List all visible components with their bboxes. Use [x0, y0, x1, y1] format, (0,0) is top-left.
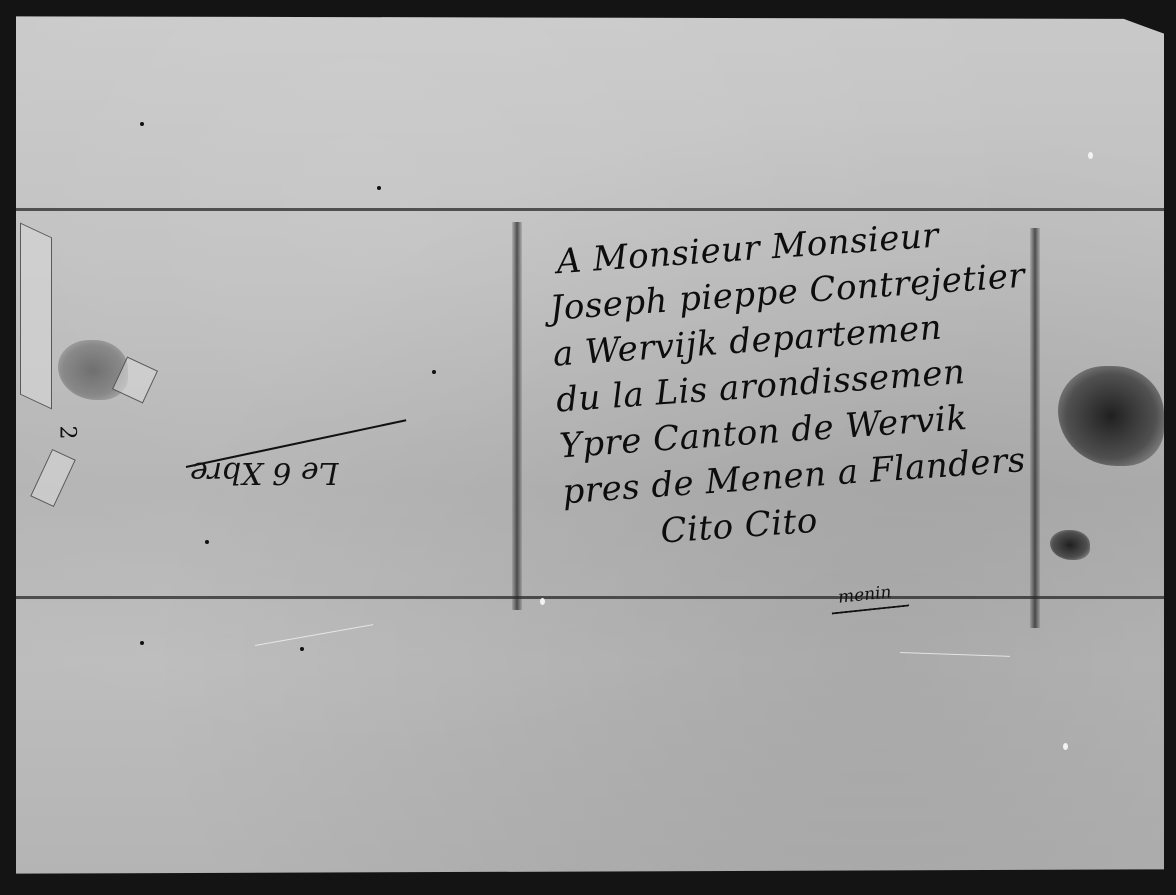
ink-speck [140, 641, 144, 645]
ink-speck [140, 122, 144, 126]
paper-hole [540, 598, 545, 605]
edge-mark: 2 [55, 426, 80, 440]
horizontal-fold-bottom [16, 596, 1164, 599]
torn-flap [20, 223, 52, 410]
ink-speck [377, 186, 381, 190]
ink-speck [205, 540, 209, 544]
ink-speck [300, 647, 304, 651]
ink-speck [432, 370, 436, 374]
paper-hole [1088, 152, 1093, 159]
vertical-fold-left [512, 222, 522, 610]
paper-hole [1063, 743, 1068, 750]
address-block: A Monsieur Monsieur Joseph pieppe Contre… [545, 204, 1076, 561]
margin-note-upside-down: Le 6 Xbre [190, 455, 339, 490]
